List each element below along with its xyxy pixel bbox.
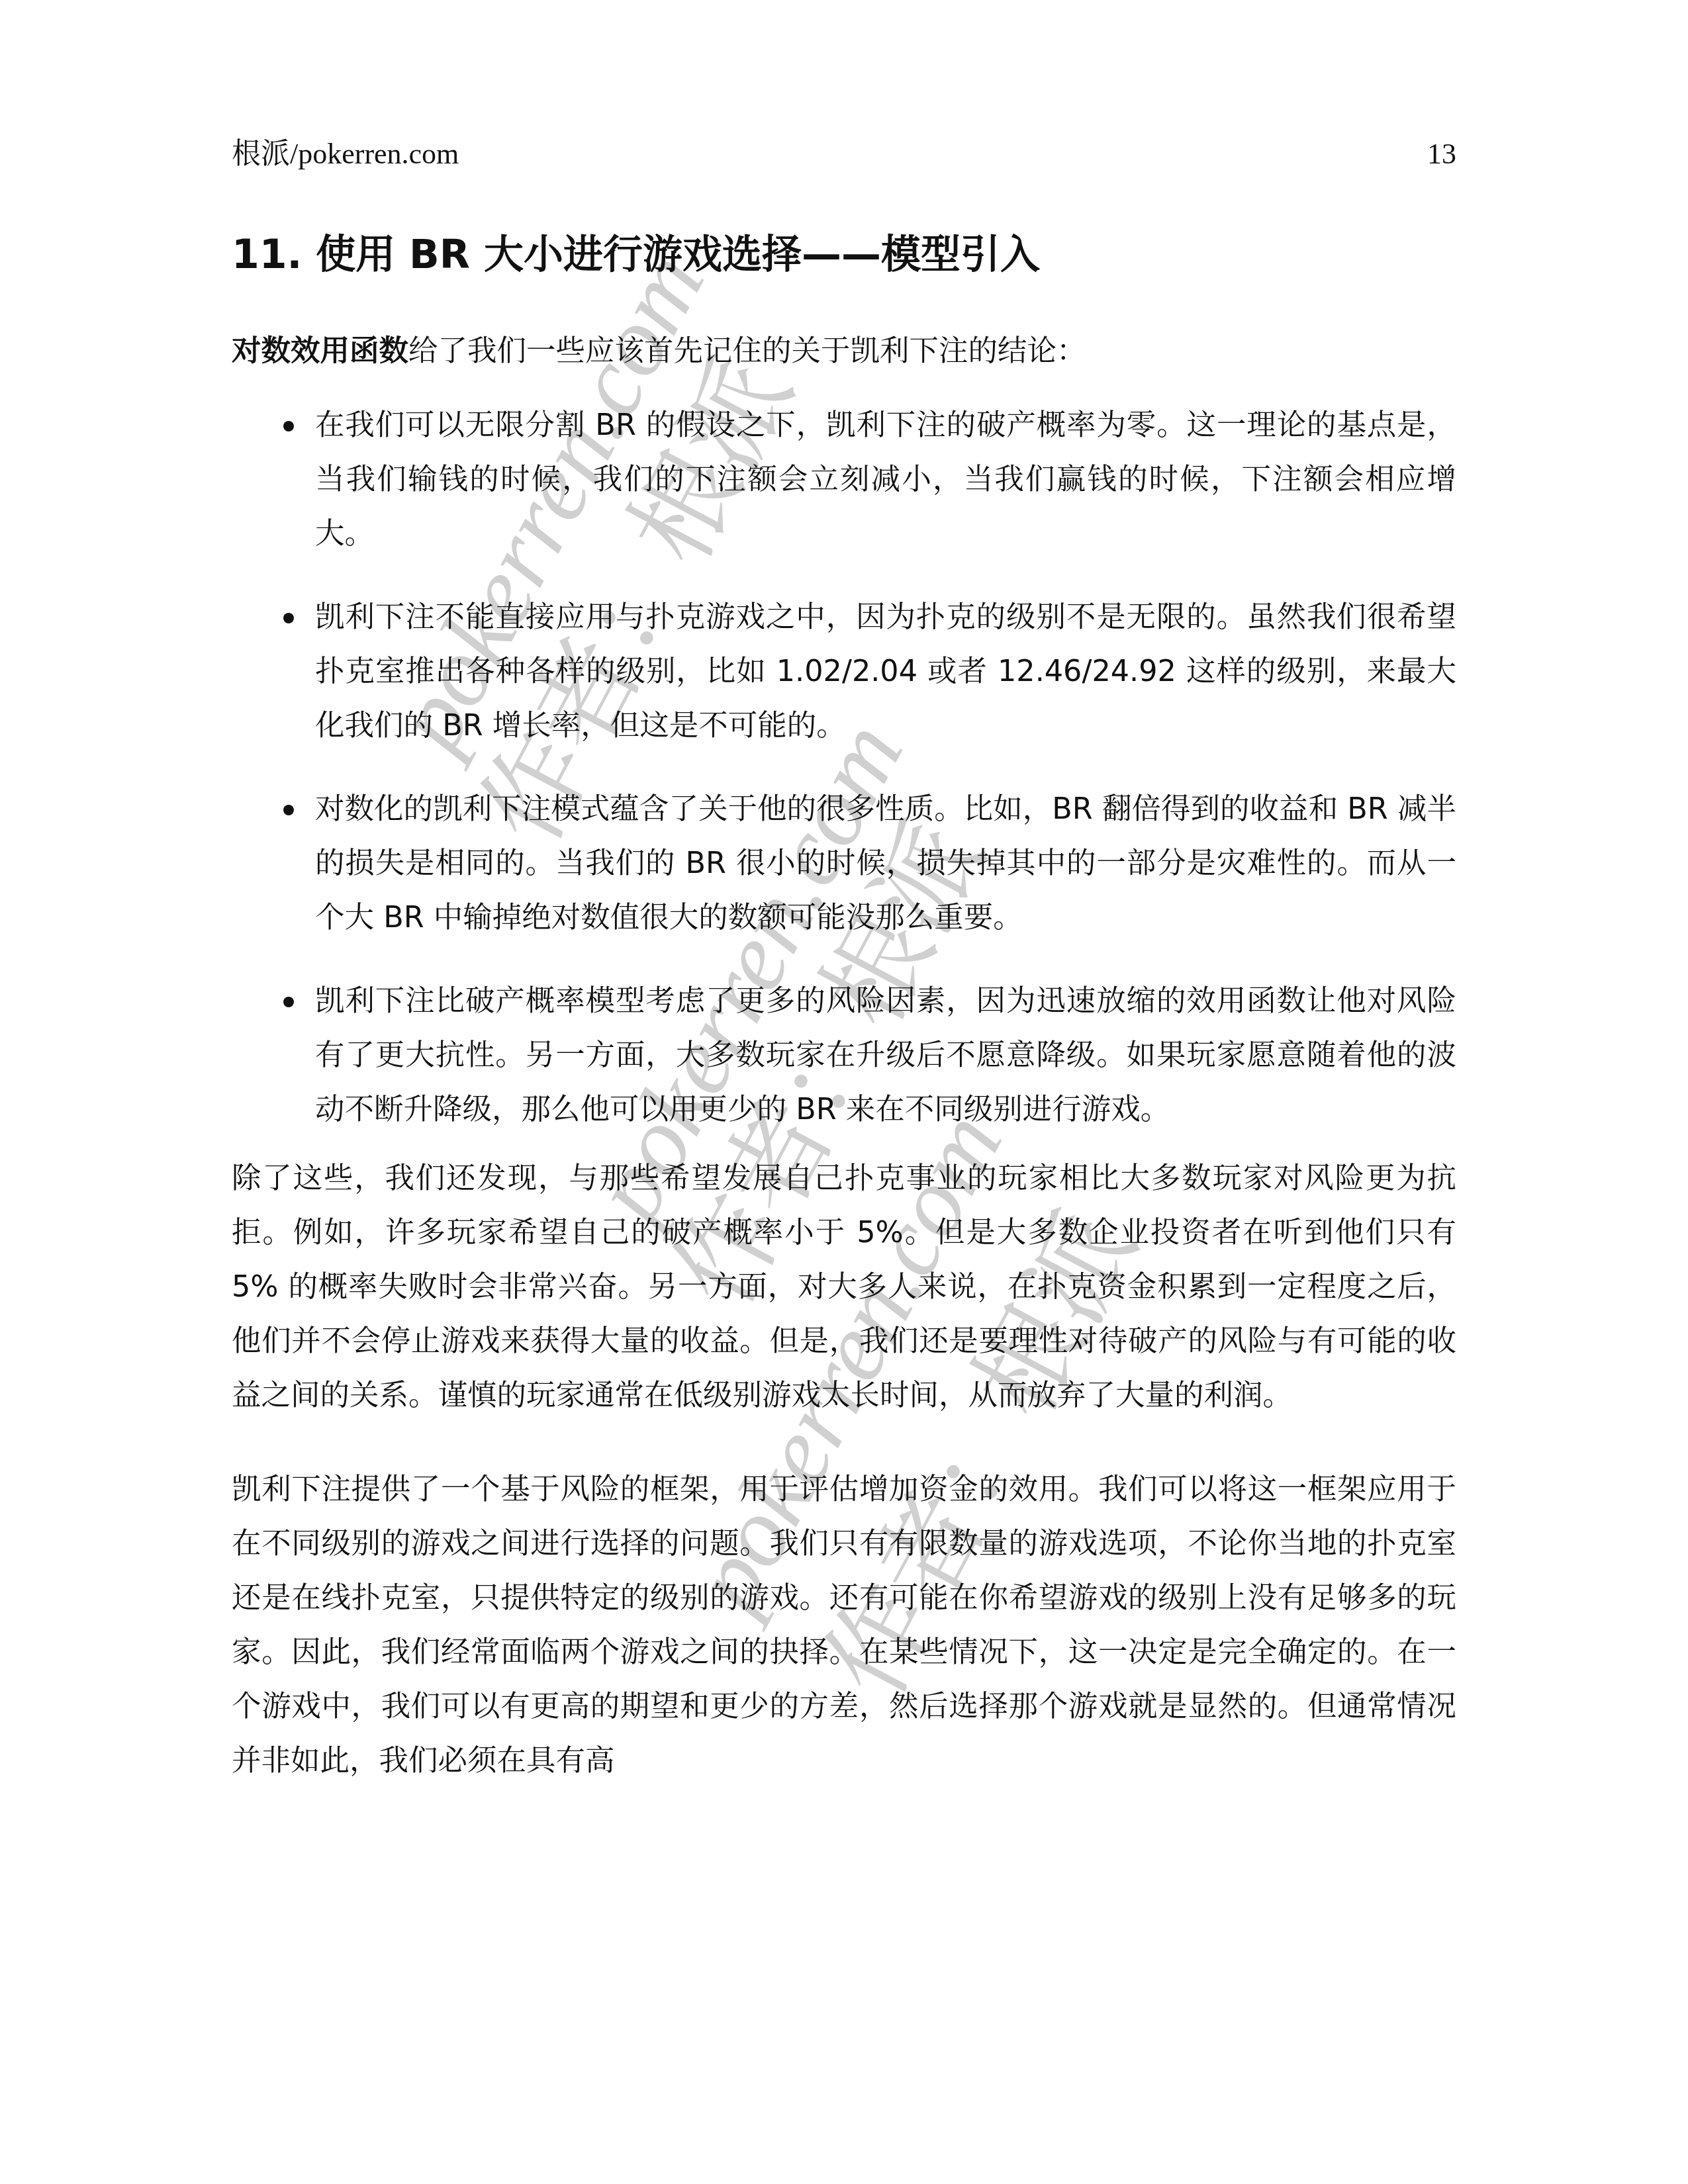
body-content: 对数效用函数给了我们一些应该首先记住的关于凯利下注的结论： 在我们可以无限分割 … xyxy=(232,324,1456,1788)
intro-paragraph: 对数效用函数给了我们一些应该首先记住的关于凯利下注的结论： xyxy=(232,324,1456,379)
bullet-icon xyxy=(283,997,294,1007)
list-item-text: 在我们可以无限分割 BR 的假设之下，凯利下注的破产概率为零。这一理论的基点是，… xyxy=(315,408,1456,551)
bullet-icon xyxy=(283,613,294,623)
list-item: 在我们可以无限分割 BR 的假设之下，凯利下注的破产概率为零。这一理论的基点是，… xyxy=(232,398,1456,561)
document-page: pokerren.com 作者：根派 pokerren.com 作者：根派 po… xyxy=(0,0,1688,2184)
running-header: 根派/pokerren.com 13 xyxy=(232,130,1456,169)
body-paragraph: 除了这些，我们还发现，与那些希望发展自己扑克事业的玩家相比大多数玩家对风险更为抗… xyxy=(232,1152,1456,1423)
bullet-icon xyxy=(283,421,294,432)
intro-text: 给了我们一些应该首先记住的关于凯利下注的结论： xyxy=(408,334,1086,368)
bullet-icon xyxy=(283,805,294,815)
list-item: 凯利下注不能直接应用与扑克游戏之中，因为扑克的级别不是无限的。虽然我们很希望扑克… xyxy=(232,590,1456,753)
list-item: 对数化的凯利下注模式蕴含了关于他的很多性质。比如，BR 翻倍得到的收益和 BR … xyxy=(232,782,1456,945)
body-paragraph: 凯利下注提供了一个基于风险的框架，用于评估增加资金的效用。我们可以将这一框架应用… xyxy=(232,1463,1456,1788)
chapter-title: 11. 使用 BR 大小进行游戏选择——模型引入 xyxy=(232,225,1040,285)
list-item-text: 对数化的凯利下注模式蕴含了关于他的很多性质。比如，BR 翻倍得到的收益和 BR … xyxy=(315,792,1456,934)
header-site: 根派/pokerren.com xyxy=(232,130,459,172)
page-number: 13 xyxy=(1427,137,1456,171)
list-item-text: 凯利下注不能直接应用与扑克游戏之中，因为扑克的级别不是无限的。虽然我们很希望扑克… xyxy=(315,600,1456,743)
conclusion-list: 在我们可以无限分割 BR 的假设之下，凯利下注的破产概率为零。这一理论的基点是，… xyxy=(232,398,1456,1137)
list-item-text: 凯利下注比破产概率模型考虑了更多的风险因素，因为迅速放缩的效用函数让他对风险有了… xyxy=(315,984,1456,1126)
list-item: 凯利下注比破产概率模型考虑了更多的风险因素，因为迅速放缩的效用函数让他对风险有了… xyxy=(232,974,1456,1137)
intro-bold-term: 对数效用函数 xyxy=(232,334,408,368)
